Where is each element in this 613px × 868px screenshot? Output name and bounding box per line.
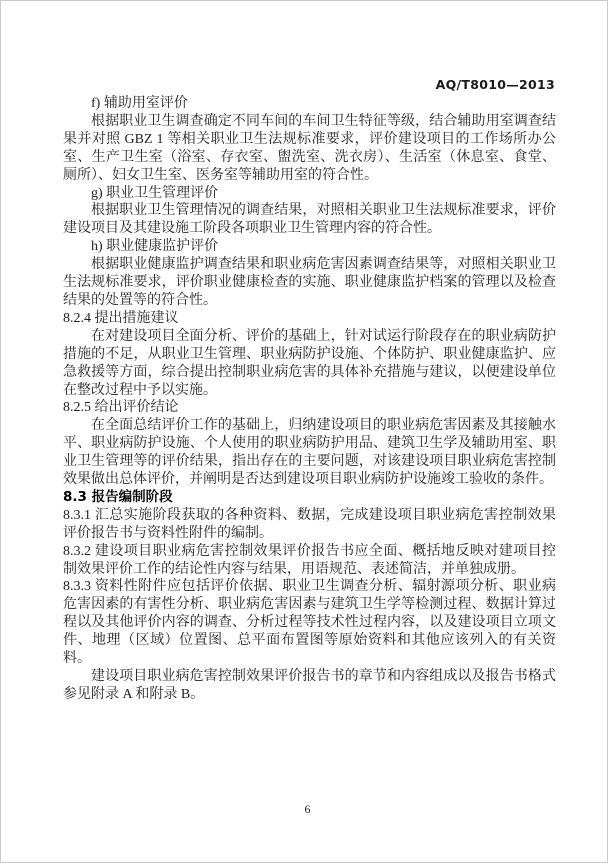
section-8-3-heading: 8.3 报告编制阶段 <box>63 489 556 507</box>
section-8-3-1-body: 8.3.1 汇总实施阶段获取的各种资料、数据，完成建设项目职业病危害控制效果评价… <box>63 507 556 543</box>
section-8-3-3-body: 8.3.3 资料性附件应包括评价依据、职业卫生调查分析、辐射源项分析、职业病危害… <box>63 578 556 668</box>
section-8-2-5-body: 在全面总结评价工作的基础上，归纳建设项目的职业病危害因素及其接触水平、职业病防护… <box>63 417 556 489</box>
appendix-reference-paragraph: 建设项目职业病危害控制效果评价报告书的章节和内容组成以及报告书格式参见附录 A … <box>63 668 556 704</box>
document-body: f) 辅助用室评价 根据职业卫生调查确定不同车间的车间卫生特征等级，结合辅助用室… <box>63 95 556 704</box>
section-8-2-4-body: 在对建设项目全面分析、评价的基础上，针对试运行阶段存在的职业病防护措施的不足，从… <box>63 328 556 400</box>
clause-f-body: 根据职业卫生调查确定不同车间的车间卫生特征等级，结合辅助用室调查结果并对照 GB… <box>63 113 556 185</box>
clause-f-title: f) 辅助用室评价 <box>63 95 556 113</box>
page-number: 6 <box>1 802 613 817</box>
section-8-3-2-body: 8.3.2 建设项目职业病危害控制效果评价报告书应全面、概括地反映对建项目控制效… <box>63 543 556 579</box>
section-8-2-5-heading: 8.2.5 给出评价结论 <box>63 399 556 417</box>
document-page: AQ/T8010—2013 f) 辅助用室评价 根据职业卫生调查确定不同车间的车… <box>0 0 608 863</box>
clause-h-title: h) 职业健康监护评价 <box>63 238 556 256</box>
clause-g-title: g) 职业卫生管理评价 <box>63 185 556 203</box>
clause-g-body: 根据职业卫生管理情况的调查结果，对照相关职业卫生法规标准要求，评价建设项目及其建… <box>63 202 556 238</box>
clause-h-body: 根据职业健康监护调查结果和职业病危害因素调查结果等，对照相关职业卫生法规标准要求… <box>63 256 556 310</box>
standard-code-header: AQ/T8010—2013 <box>63 77 555 92</box>
section-8-2-4-heading: 8.2.4 提出措施建议 <box>63 310 556 328</box>
